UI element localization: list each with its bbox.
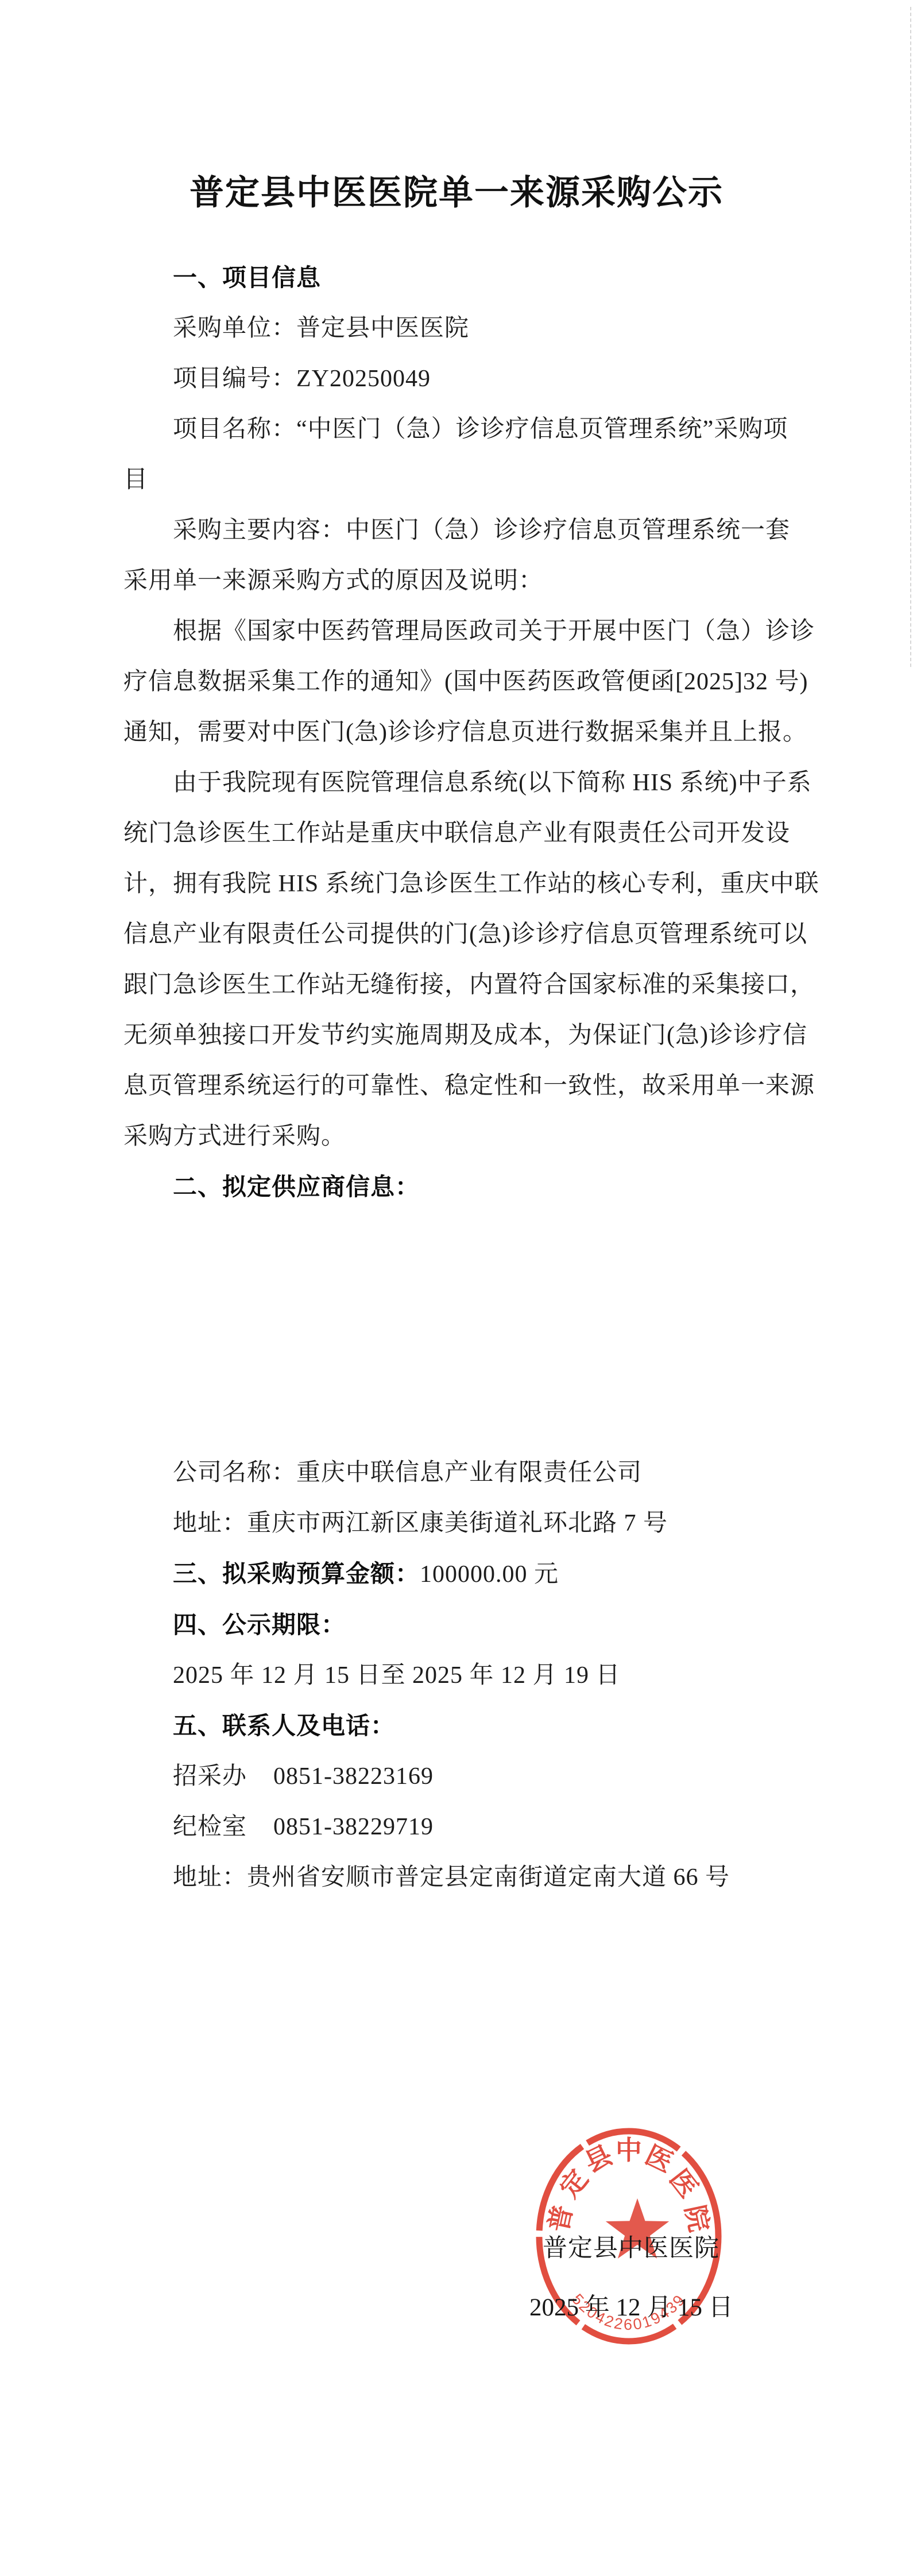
field-supplier-name: 公司名称：重庆中联信息产业有限责任公司	[123, 1448, 853, 1498]
paragraph-reason-line6: 无须单独接口开发节约实施周期及成本，为保证门(急)诊诊疗信	[123, 1010, 853, 1061]
stamp-date: 2025 年 12 月 15 日	[529, 2288, 733, 2323]
scan-artifact-line	[910, 7, 911, 667]
paragraph-reason-line7: 息页管理系统运行的可靠性、稳定性和一致性，故采用单一来源	[123, 1061, 853, 1111]
paragraph-basis-line1: 根据《国家中医药管理局医政司关于开展中医门（急）诊诊	[123, 606, 853, 657]
paragraph-reason-line4: 信息产业有限责任公司提供的门(急)诊诊疗信息页管理系统可以	[123, 909, 853, 960]
document-body: 一、项目信息 采购单位：普定县中医医院 项目编号：ZY20250049 项目名称…	[123, 253, 853, 1903]
budget-label: 三、拟采购预算金额：	[173, 1560, 420, 1587]
field-supplier-address: 地址：重庆市两江新区康美街道礼环北路 7 号	[123, 1498, 853, 1549]
section-heading-contacts: 五、联系人及电话：	[123, 1701, 853, 1751]
paragraph-reason-line2: 统门急诊医生工作站是重庆中联信息产业有限责任公司开发设	[123, 808, 853, 859]
paragraph-basis-line2: 疗信息数据采集工作的通知》(国中医药医政管便函[2025]32 号)	[123, 657, 853, 707]
paragraph-reason-line1: 由于我院现有医院管理信息系统(以下简称 HIS 系统)中子系	[123, 758, 853, 808]
reason-label: 采用单一来源采购方式的原因及说明：	[123, 556, 853, 606]
field-main-content: 采购主要内容：中医门（急）诊诊疗信息页管理系统一套	[123, 505, 853, 556]
signature-block: 普 定 县 中 医 医 院 5204226019439 普定县中医医院 2025…	[520, 2110, 749, 2362]
svg-text:中: 中	[616, 2135, 642, 2165]
stamp-issuer-name: 普定县中医医院	[543, 2229, 719, 2264]
field-project-name: 项目名称：“中医门（急）诊诊疗信息页管理系统”采购项	[123, 404, 853, 455]
field-hospital-address: 地址：贵州省安顺市普定县定南街道定南大道 66 号	[123, 1852, 853, 1903]
section-heading-budget: 三、拟采购预算金额：100000.00 元	[123, 1549, 853, 1600]
paragraph-reason-line5: 跟门急诊医生工作站无缝衔接，内置符合国家标准的采集接口，	[123, 960, 853, 1010]
seal-ring-text: 普 定 县 中 医 医 院	[543, 2135, 714, 2234]
section-heading-project-info: 一、项目信息	[123, 253, 853, 303]
document-title: 普定县中医医院单一来源采购公示	[0, 165, 913, 215]
contact-procurement-office: 招采办 0851-38223169	[123, 1751, 853, 1802]
paragraph-reason-line3: 计，拥有我院 HIS 系统门急诊医生工作站的核心专利，重庆中联	[123, 859, 853, 909]
field-purchaser: 采购单位：普定县中医医院	[123, 303, 853, 354]
svg-text:县: 县	[580, 2140, 617, 2178]
field-project-number: 项目编号：ZY20250049	[123, 354, 853, 404]
budget-value: 100000.00 元	[420, 1561, 559, 1588]
paragraph-basis-line3: 通知，需要对中医门(急)诊诊疗信息页进行数据采集并且上报。	[123, 707, 853, 758]
paragraph-reason-line8: 采购方式进行采购。	[123, 1111, 853, 1162]
contact-discipline-office: 纪检室 0851-38229719	[123, 1802, 853, 1852]
section-heading-supplier: 二、拟定供应商信息：	[123, 1162, 853, 1212]
document-page: 普定县中医医院单一来源采购公示 一、项目信息 采购单位：普定县中医医院 项目编号…	[0, 0, 913, 2576]
field-period-dates: 2025 年 12 月 15 日至 2025 年 12 月 19 日	[123, 1650, 853, 1701]
field-project-name-wrap: 目	[123, 455, 853, 505]
section-heading-period: 四、公示期限：	[123, 1600, 853, 1650]
